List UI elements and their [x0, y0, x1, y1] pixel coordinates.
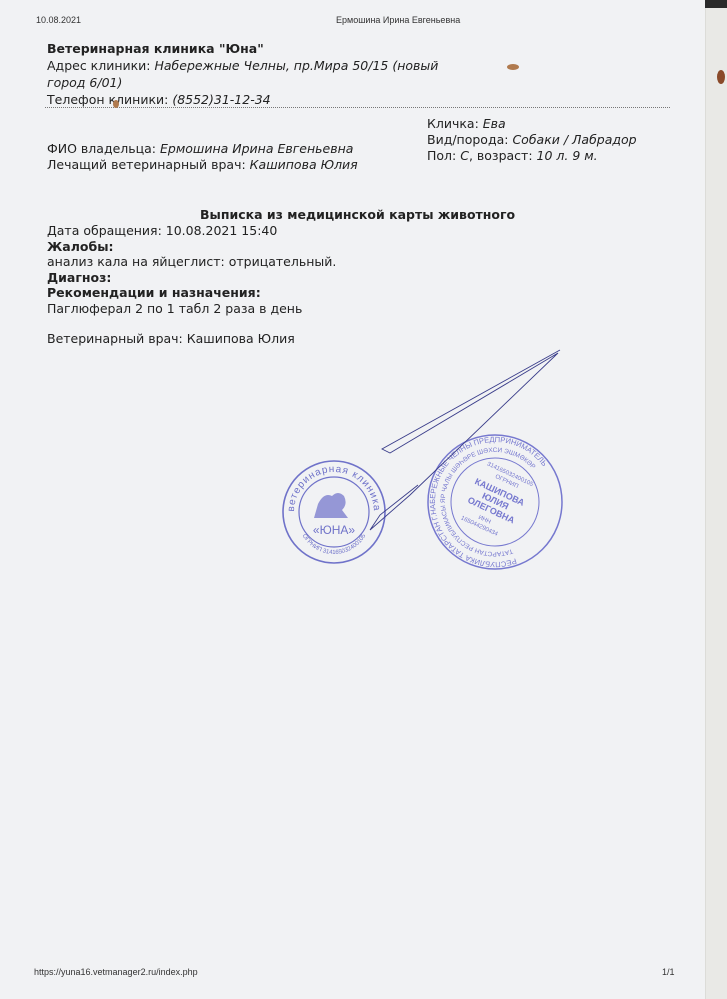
signature-line: Ветеринарный врач: Кашипова Юлия [47, 331, 336, 347]
doctor-label: Лечащий ветеринарный врач: [47, 157, 250, 172]
pet-sex-value: С [460, 148, 469, 163]
document-title: Выписка из медицинской карты животного [200, 207, 515, 222]
spacer [47, 316, 336, 331]
scan-corner-shadow [705, 0, 727, 8]
clinic-block: Ветеринарная клиника "Юна" Адрес клиники… [47, 40, 438, 108]
clinic-phone-value: (8552)31-12-34 [172, 92, 270, 107]
scan-page-edge [705, 0, 727, 999]
print-footer-page: 1/1 [662, 967, 675, 977]
pet-breed-row: Вид/порода: Собаки / Лабрадор [427, 132, 637, 148]
scan-speck [717, 70, 725, 84]
clinic-address-label: Адрес клиники: [47, 58, 154, 73]
print-header-date: 10.08.2021 [36, 15, 81, 25]
doctor-value: Кашипова Юлия [250, 157, 358, 172]
pet-name-label: Кличка: [427, 116, 483, 131]
doctor-row: Лечащий ветеринарный врач: Кашипова Юлия [47, 157, 358, 173]
recommendations-heading: Рекомендации и назначения: [47, 285, 336, 301]
pet-breed-value: Собаки / Лабрадор [512, 132, 636, 147]
clinic-phone: Телефон клиники: (8552)31-12-34 [47, 91, 438, 108]
diagnosis-heading: Диагноз: [47, 270, 336, 286]
header-divider [45, 107, 670, 108]
clinic-address-value: Набережные Челны, пр.Мира 50/15 (новый [154, 58, 438, 73]
owner-row: ФИО владельца: Ермошина Ирина Евгеньевна [47, 141, 358, 157]
clinic-address-value-cont: город 6/01) [47, 74, 438, 91]
print-header-owner: Ермошина Ирина Евгеньевна [336, 15, 460, 25]
pet-name-row: Кличка: Ева [427, 116, 637, 132]
complaints-text: анализ кала на яйцеглист: отрицательный. [47, 254, 336, 270]
pet-age-value: 10 л. 9 м. [537, 148, 598, 163]
complaints-heading: Жалобы: [47, 239, 336, 255]
clinic-phone-label: Телефон клиники: [47, 92, 172, 107]
visit-date: Дата обращения: 10.08.2021 15:40 [47, 223, 336, 239]
record-body: Дата обращения: 10.08.2021 15:40 Жалобы:… [47, 223, 336, 347]
pet-age-label: , возраст: [469, 148, 537, 163]
clinic-name: Ветеринарная клиника "Юна" [47, 40, 438, 57]
clinic-address: Адрес клиники: Набережные Челны, пр.Мира… [47, 57, 438, 74]
print-footer-url: https://yuna16.vetmanager2.ru/index.php [34, 967, 198, 977]
scan-speck [507, 64, 519, 70]
scan-speck [113, 100, 119, 108]
pet-sex-label: Пол: [427, 148, 460, 163]
pet-breed-label: Вид/порода: [427, 132, 512, 147]
signature [340, 345, 570, 535]
owner-label: ФИО владельца: [47, 141, 160, 156]
pet-info: Кличка: Ева Вид/порода: Собаки / Лабрадо… [427, 116, 637, 164]
pet-sex-age-row: Пол: С, возраст: 10 л. 9 м. [427, 148, 637, 164]
visit-date-label: Дата обращения: [47, 223, 166, 238]
owner-value: Ермошина Ирина Евгеньевна [160, 141, 353, 156]
owner-info: ФИО владельца: Ермошина Ирина Евгеньевна… [47, 141, 358, 173]
recommendations-text: Паглюферал 2 по 1 табл 2 раза в день [47, 301, 336, 317]
pet-name-value: Ева [483, 116, 506, 131]
visit-date-value: 10.08.2021 15:40 [166, 223, 278, 238]
